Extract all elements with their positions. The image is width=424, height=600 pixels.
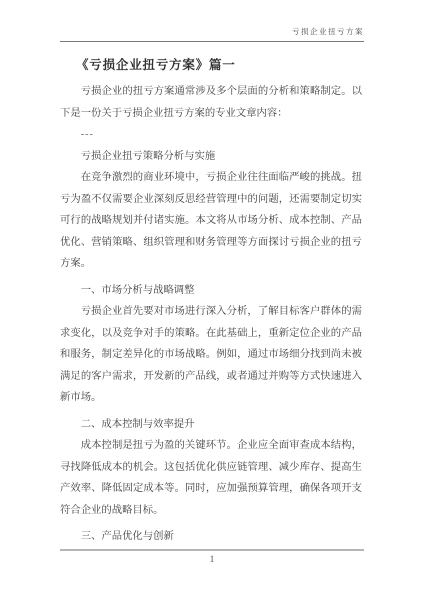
document-title: 《亏损企业扭亏方案》篇一 [60,55,364,73]
footer-divider [60,549,364,551]
document-body: 亏损企业的扭亏方案通常涉及多个层面的分析和策略制定。以下是一份关于亏损企业扭亏方… [60,81,362,548]
paragraph-section-1: 亏损企业首先要对市场进行深入分析，了解目标客户群体的需求变化，以及竞争对手的策略… [60,301,362,409]
page-number: 1 [0,554,424,564]
paragraph-overview: 在竞争激烈的商业环境中，亏损企业往往面临严峻的挑战。扭亏为盈不仅需要企业深刻反思… [60,167,362,275]
section-heading-3: 三、产品优化与创新 [60,526,362,548]
article-subtitle: 亏损企业扭亏策略分析与实施 [60,146,362,168]
paragraph-intro: 亏损企业的扭亏方案通常涉及多个层面的分析和策略制定。以下是一份关于亏损企业扭亏方… [60,81,362,124]
paragraph-section-2: 成本控制是扭亏为盈的关键环节。企业应全面审查成本结构，寻找降低成本的机会。这包括… [60,435,362,521]
section-heading-1: 一、市场分析与战略调整 [60,280,362,302]
page-header: 亏损企业扭亏方案 [60,26,364,42]
header-running-title: 亏损企业扭亏方案 [292,27,364,36]
document-page: 亏损企业扭亏方案 《亏损企业扭亏方案》篇一 亏损企业的扭亏方案通常涉及多个层面的… [0,0,424,600]
section-heading-2: 二、成本控制与效率提升 [60,414,362,436]
separator-dashes: --- [60,124,362,146]
